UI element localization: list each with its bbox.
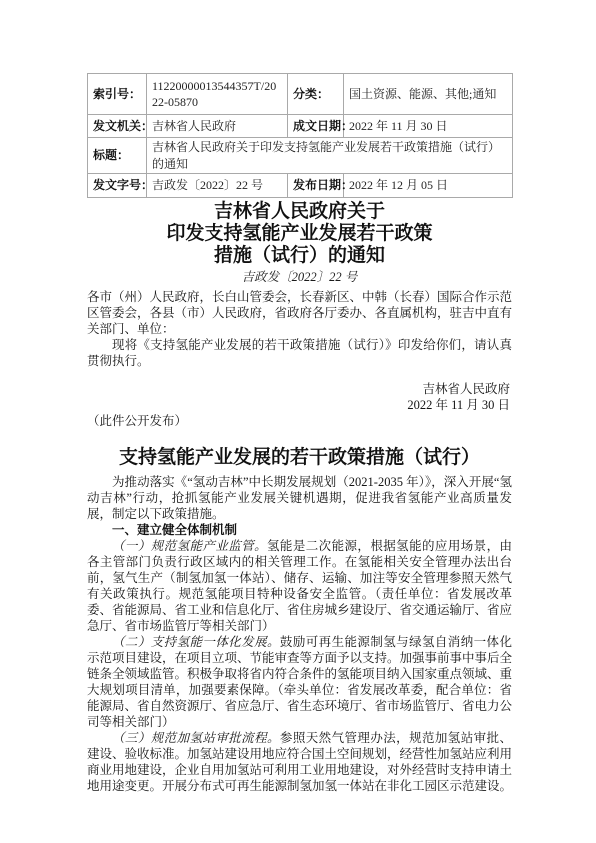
written-date-label: 成文日期： [288,115,344,138]
notice-title-line1: 吉林省人民政府关于 [87,201,512,223]
meta-table: 索引号： 11220000013544357T/2022-05870 分类： 国… [87,73,513,198]
category-label: 分类： [288,74,344,115]
meta-row-index: 索引号： 11220000013544357T/2022-05870 分类： 国… [88,74,513,115]
policy-item-2-body: 鼓励可再生能源制氢与绿氢自消纳一体化示范项目建设，在项目立项、节能审查等方面予以… [87,635,512,729]
publish-date-label: 发布日期： [288,174,344,198]
document-content: 索引号： 11220000013544357T/2022-05870 分类： 国… [87,73,512,794]
issuing-agency-value: 吉林省人民政府 [147,115,288,138]
written-date-value: 2022 年 11 月 30 日 [344,115,513,138]
policy-item-1-body: 氢能是二次能源，根据氢能的应用场景，由各主管部门负责行政区域内的相关管理工作。在… [87,539,512,633]
policy-body: 为推动落实《“氢动吉林”中长期发展规划（2021-2035 年）》，深入开展“氢… [87,474,512,794]
title-label: 标题： [88,138,147,174]
policy-item-3: （三）规范加氢站审批流程。参照天然气管理办法，规范加氢站审批、建设、验收标准。加… [87,730,512,794]
addressees-paragraph: 各市（州）人民政府，长白山管委会，长春新区、中韩（长春）国际合作示范区管委会，各… [87,289,512,337]
meta-row-issuer: 发文机关： 吉林省人民政府 成文日期： 2022 年 11 月 30 日 [88,115,513,138]
notice-title-line3: 措施（试行）的通知 [87,245,512,267]
policy-item-1-lead: （一）规范氢能产业监管。 [112,539,267,553]
signature-block: 吉林省人民政府 2022 年 11 月 30 日 [87,381,512,413]
signer-name: 吉林省人民政府 [87,381,510,397]
category-value: 国土资源、能源、其他;通知 [344,74,513,115]
policy-preamble: 为推动落实《“氢动吉林”中长期发展规划（2021-2035 年）》，深入开展“氢… [87,474,512,522]
document-page: 索引号： 11220000013544357T/2022-05870 分类： 国… [0,0,596,843]
doc-symbol-label: 发文字号： [88,174,147,198]
issuing-agency-label: 发文机关： [88,115,147,138]
public-release-note: （此件公开发布） [87,413,512,429]
notice-title: 吉林省人民政府关于 印发支持氢能产业发展若干政策 措施（试行）的通知 [87,201,512,267]
policy-item-3-lead: （三）规范加氢站审批流程。 [112,731,280,745]
policy-item-1: （一）规范氢能产业监管。氢能是二次能源，根据氢能的应用场景，由各主管部门负责行政… [87,538,512,634]
policy-title: 支持氢能产业发展的若干政策措施（试行） [87,446,512,470]
publish-date-value: 2022 年 12 月 05 日 [344,174,513,198]
doc-symbol-value: 吉政发〔2022〕22 号 [147,174,288,198]
meta-row-title: 标题： 吉林省人民政府关于印发支持氢能产业发展若干政策措施（试行）的通知 [88,138,513,174]
notice-body: 各市（州）人民政府，长白山管委会，长春新区、中韩（长春）国际合作示范区管委会，各… [87,289,512,429]
doc-number: 吉政发〔2022〕22 号 [87,270,512,285]
section-1-heading: 一、建立健全体制机制 [87,522,512,538]
policy-item-2-lead: （二）支持氢能一体化发展。 [112,635,280,649]
index-number-label: 索引号： [88,74,147,115]
policy-item-2: （二）支持氢能一体化发展。鼓励可再生能源制氢与绿氢自消纳一体化示范项目建设，在项… [87,634,512,730]
notice-body-paragraph: 现将《支持氢能产业发展的若干政策措施（试行）》印发给你们，请认真贯彻执行。 [87,337,512,369]
title-value: 吉林省人民政府关于印发支持氢能产业发展若干政策措施（试行）的通知 [147,138,513,174]
meta-row-docnumber: 发文字号： 吉政发〔2022〕22 号 发布日期： 2022 年 12 月 05… [88,174,513,198]
sign-date: 2022 年 11 月 30 日 [87,397,510,413]
notice-title-line2: 印发支持氢能产业发展若干政策 [87,223,512,245]
index-number-value: 11220000013544357T/2022-05870 [147,74,288,115]
